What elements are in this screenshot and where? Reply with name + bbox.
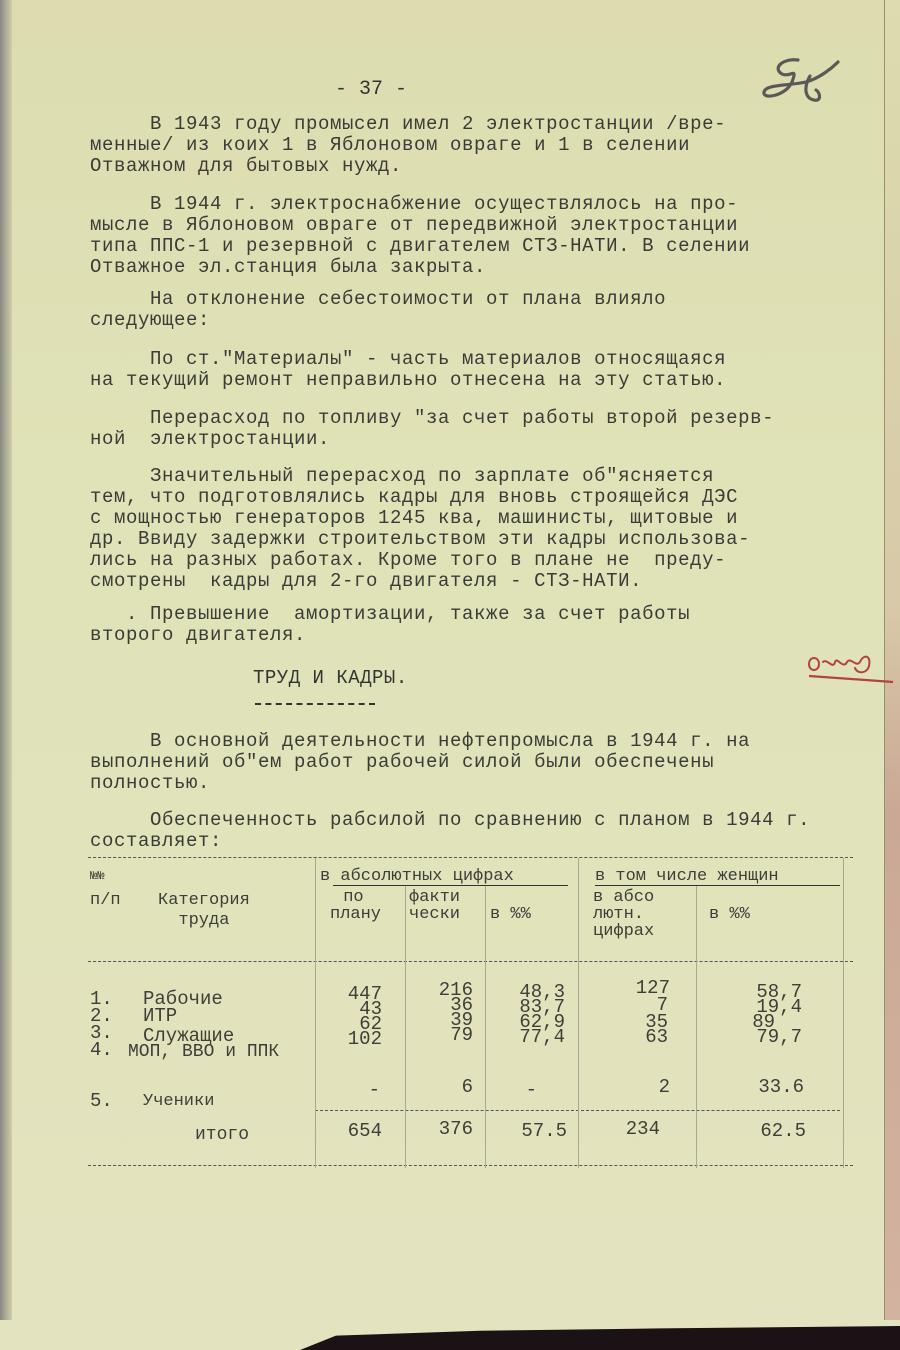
paragraph-line: типа ППС-1 и резервной с двигателем СТЗ-… [90, 235, 750, 257]
row-num: 5. [90, 1093, 113, 1110]
paragraph-line: следующее: [90, 309, 210, 331]
paragraph-line: составляет: [90, 830, 222, 852]
section-heading: ТРУД И КАДРЫ. [253, 667, 408, 689]
heading-underline [255, 703, 375, 705]
red-handwritten-mark [805, 652, 895, 688]
header-group-women: в том числе женщин [595, 868, 779, 885]
handwritten-folio-number [758, 52, 842, 108]
paragraph-line: В 1944 г. электроснабжение осуществлялос… [90, 193, 738, 215]
total-actual: 376 [413, 1122, 473, 1137]
header-women-abs: лютн. [593, 906, 644, 923]
paragraph-line: Отважное эл.станция была закрыта. [90, 256, 486, 278]
header-women-abs: цифрах [593, 923, 654, 940]
column-divider [315, 858, 316, 1168]
header-num-symbol: №№ [90, 868, 104, 885]
header-num: п/п [90, 892, 121, 909]
column-divider [696, 885, 697, 1168]
paragraph-line: мысле в Яблоновом овраге от передвижной … [90, 214, 738, 236]
cell-women-abs: 63 [600, 1030, 668, 1045]
paragraph-line: В основной деятельности нефтепромысла в … [90, 730, 750, 752]
column-divider [405, 885, 406, 1168]
total-women-abs: 234 [600, 1122, 660, 1137]
cell-actual: 6 [413, 1080, 473, 1095]
header-plan: плану [330, 906, 381, 923]
header-actual: чески [409, 906, 460, 923]
paragraph-line: тем, что подготовлялись кадры для вновь … [90, 486, 738, 508]
binding-edge [0, 0, 12, 1350]
total-plan: 654 [322, 1124, 382, 1139]
row-category: МОП, ВВО и ППК [128, 1044, 279, 1061]
paragraph-line: На отклонение себестоимости от плана вли… [90, 288, 666, 310]
cell-women-pct: 33.6 [720, 1080, 804, 1095]
paragraph-line: Перерасход по топливу "за счет работы вт… [90, 407, 774, 429]
header-underline [595, 885, 840, 886]
page-number: - 37 - [335, 78, 407, 101]
table-top-rule [88, 857, 853, 858]
paragraph-line: По ст."Материалы" - часть материалов отн… [90, 348, 726, 370]
paragraph-line: выполнений об"ем работ рабочей силой был… [90, 751, 714, 773]
cell-plan: 102 [322, 1032, 382, 1047]
paragraph-line: второго двигателя. [90, 624, 306, 646]
header-group-absolute: в абсолютных цифрах [320, 868, 514, 885]
row-num: 4. [90, 1042, 113, 1059]
cell-pct: - [495, 1083, 537, 1098]
header-category: труда [158, 912, 229, 929]
header-actual: факти [409, 889, 460, 906]
column-divider [843, 858, 844, 1168]
paragraph-line: с мощностью генераторов 1245 ква, машини… [90, 507, 738, 529]
paragraph-line: на текущий ремонт неправильно отнесена н… [90, 369, 726, 391]
paragraph-line: . Превышение амортизации, также за счет … [90, 603, 690, 625]
paragraph-line: Отважном для бытовых нужд. [90, 155, 402, 177]
cell-women-pct: 79,7 [720, 1030, 802, 1045]
paragraph-line: Значительный перерасход по зарплате об"я… [90, 465, 714, 487]
table-bottom-rule [88, 1165, 853, 1166]
row-category: Ученики [143, 1093, 214, 1110]
header-women-pct: в %% [709, 906, 750, 923]
paragraph-line: В 1943 году промысел имел 2 электростанц… [90, 113, 726, 135]
table-header-rule [88, 961, 853, 962]
paragraph-line: смотрены кадры для 2-го двигателя - СТЗ-… [90, 570, 642, 592]
paragraph-line: полностью. [90, 772, 210, 794]
total-label: итого [195, 1127, 249, 1144]
paragraph-line: ной электростанции. [90, 428, 330, 450]
header-underline [333, 885, 568, 886]
paragraph-line: др. Ввиду задержки строительством эти ка… [90, 528, 750, 550]
row-category: ИТР [143, 1008, 177, 1025]
cell-actual: 79 [413, 1028, 473, 1043]
paragraph-line: менные/ из коих 1 в Яблоновом овраге и 1… [90, 134, 690, 156]
header-plan: по [333, 889, 364, 906]
paragraph-line: Обеспеченность рабсилой по сравнению с п… [90, 809, 810, 831]
total-pct: 57.5 [495, 1124, 567, 1139]
cell-pct: 77,4 [495, 1030, 565, 1045]
column-divider [578, 858, 579, 1168]
header-category: Категория [158, 892, 250, 909]
paragraph-line: лись на разных работах. Кроме того в пла… [90, 549, 726, 571]
header-women-abs: в абсо [593, 889, 654, 906]
cell-women-abs: 2 [600, 1080, 670, 1095]
column-divider [485, 885, 486, 1168]
header-pct: в %% [490, 906, 531, 923]
total-women-pct: 62.5 [720, 1124, 806, 1139]
cell-plan: - [322, 1083, 380, 1098]
